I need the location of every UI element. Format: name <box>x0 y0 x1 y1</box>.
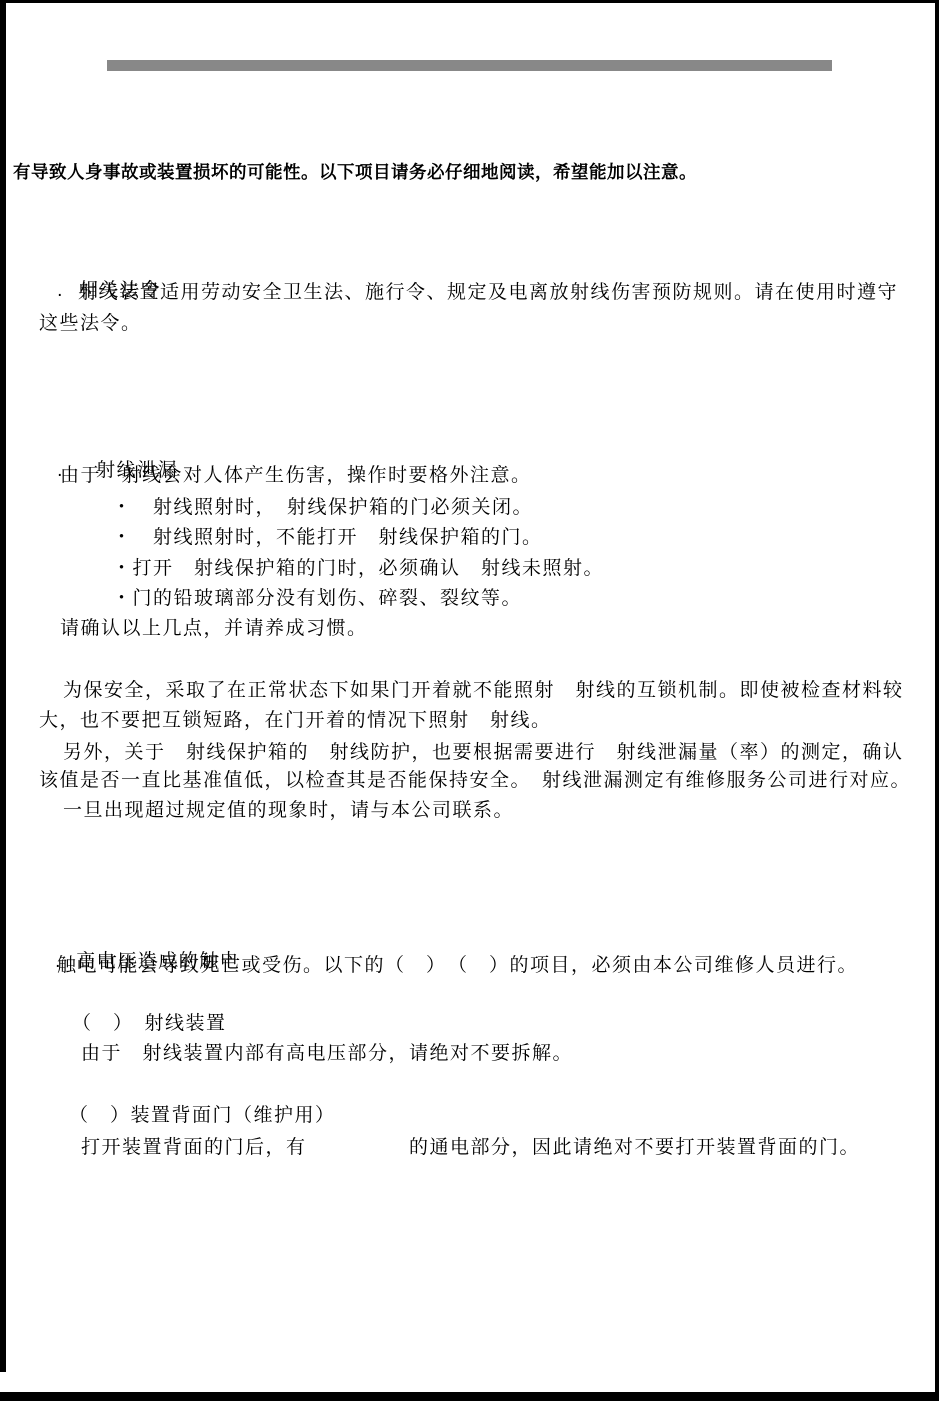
page-border-top <box>0 0 939 3</box>
section-laws-marker: . <box>57 278 79 304</box>
leakage-bullet-2: ・ 射线照射时，不能打开 射线保护箱的门。 <box>112 525 543 551</box>
leakage-para2-line2: 该值是否一直比基准值低，以检查其是否能保持安全。 射线泄漏测定有维修服务公司进行… <box>39 768 911 794</box>
page-border-right <box>935 0 939 1401</box>
shock-item2-body: 打开装置背面的门后，有 的通电部分，因此请绝对不要打开装置背面的门。 <box>81 1135 860 1161</box>
section-divider-bar <box>107 60 832 71</box>
leakage-para2-line1: 另外，关于 射线保护箱的 射线防护，也要根据需要进行 射线泄漏量（率）的测定，确… <box>63 740 904 766</box>
warning-text: 有导致人身事故或装置损坏的可能性。以下项目请务必仔细地阅读，希望能加以注意。 <box>13 159 697 185</box>
page-border-bottom <box>0 1392 939 1401</box>
leakage-para1-line2: 大，也不要把互锁短路，在门开着的情况下照射 射线。 <box>39 708 552 734</box>
shock-item2-title: （ ）装置背面门（维护用） <box>69 1103 336 1129</box>
leakage-bullet-3: ・打开 射线保护箱的门时，必须确认 射线未照射。 <box>112 556 604 582</box>
document-page: 有导致人身事故或装置损坏的可能性。以下项目请务必仔细地阅读，希望能加以注意。 .… <box>0 0 939 1401</box>
leakage-bullet-1: ・ 射线照射时， 射线保护箱的门必须关闭。 <box>112 495 533 521</box>
leakage-para3: 一旦出现超过规定值的现象时，请与本公司联系。 <box>63 798 514 824</box>
page-border-left <box>0 0 6 1372</box>
section-laws-body-line1: 射线装置适用劳动安全卫生法、施行令、规定及电离放射线伤害预防规则。请在使用时遵守 <box>78 280 898 306</box>
shock-item1-body: 由于 射线装置内部有高电压部分，请绝对不要拆解。 <box>81 1041 573 1067</box>
shock-intro: 触电可能会导致死亡或受伤。以下的（ ） （ ）的项目，必须由本公司维修人员进行。 <box>57 953 858 979</box>
section-leakage-intro: 由于 射线会对人体产生伤害，操作时要格外注意。 <box>60 463 532 489</box>
leakage-para1-line1: 为保安全，采取了在正常状态下如果门开着就不能照射 射线的互锁机制。即使被检查材料… <box>63 678 904 704</box>
leakage-confirm: 请确认以上几点，并请养成习惯。 <box>60 616 368 642</box>
leakage-bullet-4: ・门的铅玻璃部分没有划伤、碎裂、裂纹等。 <box>112 586 522 612</box>
section-laws-body-line2: 这些法令。 <box>39 311 142 337</box>
shock-item1-title: （ ） 射线装置 <box>72 1011 227 1037</box>
